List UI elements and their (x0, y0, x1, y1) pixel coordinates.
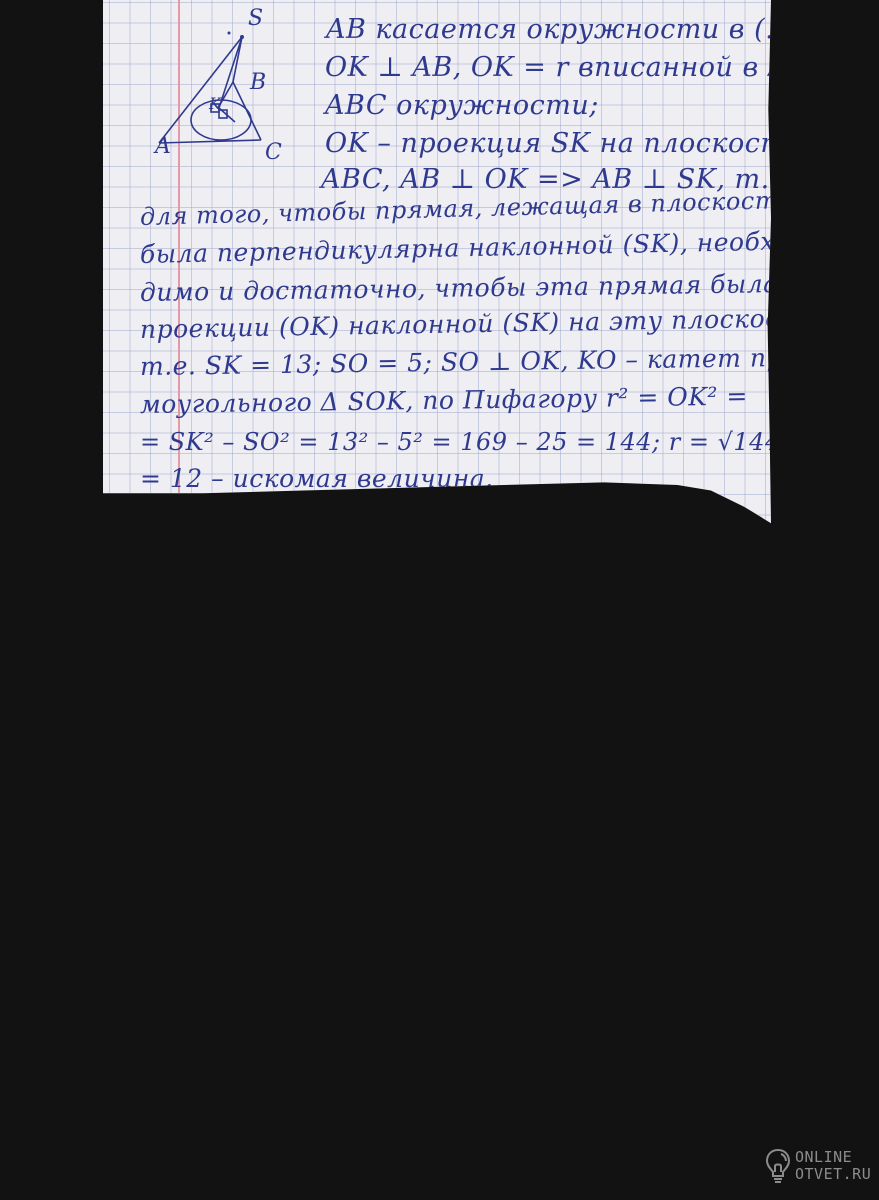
solution-line-2: OK ⊥ AB, OK = r вписанной в Δ (325, 52, 788, 83)
solution-line-11: моугольного Δ SOK, по Пифагору r² = OK² … (140, 382, 748, 419)
lightbulb-icon (765, 1148, 791, 1184)
vertex-label-a: A (155, 134, 171, 159)
solution-line-10: т.е. SK = 13; SO = 5; SO ⊥ OK, KO – кате… (140, 343, 809, 381)
solution-line-13: = 12 – искомая величина. (140, 464, 494, 493)
notebook-page: S B K A C AB касается окружности в (.) K… (103, 0, 771, 545)
vertex-label-s: S (248, 6, 263, 31)
watermark-line-1: ONLINE (795, 1149, 871, 1166)
vertex-label-k: K (209, 94, 221, 113)
solution-line-8: димо и достаточно, чтобы эта прямая была… (140, 269, 811, 307)
solution-line-4: OK – проекция SK на плоскость (325, 128, 802, 159)
solution-line-12: = SK² – SO² = 13² – 5² = 169 – 25 = 144;… (140, 428, 809, 456)
solution-line-1: AB касается окружности в (.) K, т.е. (326, 14, 879, 45)
watermark-line-2: OTVET.RU (795, 1166, 871, 1183)
vertex-label-c: C (265, 140, 282, 165)
vertex-label-b: B (250, 70, 266, 95)
solution-line-9: проекции (OK) наклонной (SK) на эту плос… (140, 303, 827, 344)
solution-line-3: ABC окружности; (325, 90, 599, 121)
watermark-text: ONLINE OTVET.RU (795, 1149, 871, 1183)
site-watermark: ONLINE OTVET.RU (765, 1148, 871, 1184)
solution-line-7: была перпендикулярна наклонной (SK), нео… (140, 226, 800, 269)
